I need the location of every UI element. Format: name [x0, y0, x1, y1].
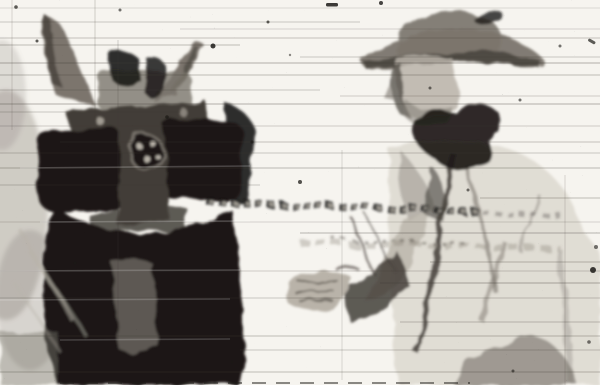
newspaper-photo [0, 0, 600, 385]
grain-overlay [0, 0, 600, 385]
photo-canvas [0, 0, 600, 385]
